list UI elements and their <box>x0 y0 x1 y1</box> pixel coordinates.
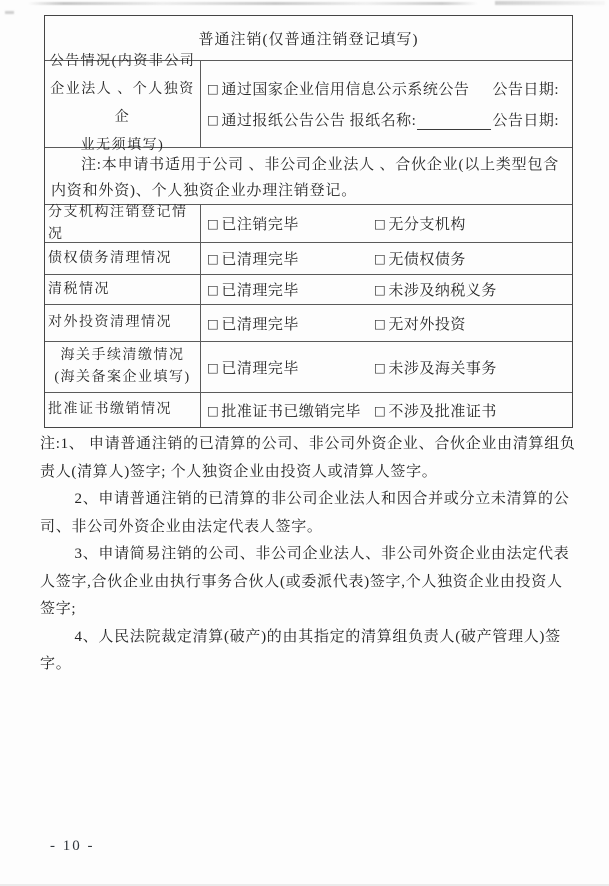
row-label: 海关手续清缴情况 (海关备案企业填写) <box>45 342 201 392</box>
note-paragraph-2: 2、申请普通注销的已清算的非公司企业法人和因合并或分立未清算的公司、非公司外资企… <box>40 486 577 541</box>
checkbox-icon: □ <box>374 403 386 418</box>
row-options-cell: □已清理完毕 □未涉及海关事务 <box>201 342 572 392</box>
option-2: □无分支机构 <box>374 213 572 234</box>
checkbox-icon: □ <box>374 282 386 297</box>
checkbox-icon: □ <box>207 112 219 127</box>
checkbox-icon: □ <box>374 360 386 375</box>
option-label: 已注销完毕 <box>221 217 299 233</box>
option-label: 无分支机构 <box>388 217 466 233</box>
checkbox-icon: □ <box>207 251 219 266</box>
option-2: □无债权债务 <box>374 248 572 269</box>
announcement-options-cell: □ 通过国家企业信用信息公示系统公告 公告日期: □ 通过报纸公告公告 报纸名称… <box>201 61 572 147</box>
page-number: - 10 - <box>50 838 95 855</box>
option-1: □已注销完毕 <box>207 213 374 234</box>
option-2: □未涉及纳税义务 <box>374 279 572 300</box>
option-2: □不涉及批准证书 <box>374 400 572 421</box>
announcement-date-label: 公告日期: <box>492 109 559 130</box>
option-2: □未涉及海关事务 <box>374 357 572 378</box>
row-label: 对外投资清理情况 <box>45 305 201 341</box>
announcement-row: 公告情况(内资非公司 企业法人 、个人独资企 业无须填写) □ 通过国家企业信用… <box>45 60 572 147</box>
checkbox-icon: □ <box>374 216 386 231</box>
checkbox-icon: □ <box>374 251 386 266</box>
option-label: 不涉及批准证书 <box>388 404 497 420</box>
table-note-row: 注:本申请书适用于公司 、非公司企业法人 、合伙企业(以上类型包含内资和外资)、… <box>45 147 572 204</box>
table-row-branch-deregistration: 分支机构注销登记情况 □已注销完毕 □无分支机构 <box>45 204 572 242</box>
checkbox-icon: □ <box>207 316 219 331</box>
table-row-debt-settlement: 债权债务清理情况 □已清理完毕 □无债权债务 <box>45 242 572 274</box>
document-page: 普通注销(仅普通注销登记填写) 公告情况(内资非公司 企业法人 、个人独资企 业… <box>0 0 609 886</box>
option-1: □批准证书已缴销完毕 <box>207 400 374 421</box>
announcement-option-system: □ 通过国家企业信用信息公示系统公告 公告日期: <box>207 78 559 99</box>
table-row-tax-clearance: 清税情况 □已清理完毕 □未涉及纳税义务 <box>45 274 572 304</box>
option-label: 已清理完毕 <box>221 317 299 333</box>
option-label: 无对外投资 <box>388 317 466 333</box>
option-label: 通过国家企业信用信息公示系统公告 <box>221 78 469 99</box>
row-options-cell: □已清理完毕 □未涉及纳税义务 <box>201 275 572 304</box>
scan-artifact <box>495 1 605 5</box>
checkbox-icon: □ <box>207 282 219 297</box>
row-options-cell: □已注销完毕 □无分支机构 <box>201 205 572 242</box>
row-options-cell: □已清理完毕 □无债权债务 <box>201 243 572 274</box>
table-note: 注:本申请书适用于公司 、非公司企业法人 、合伙企业(以上类型包含内资和外资)、… <box>51 152 566 204</box>
table-row-approval-certificate: 批准证书缴销情况 □批准证书已缴销完毕 □不涉及批准证书 <box>45 392 572 427</box>
option-2: □无对外投资 <box>374 313 572 334</box>
row-label: 债权债务清理情况 <box>45 243 201 274</box>
note-paragraph-4: 4、人民法院裁定清算(破产)的由其指定的清算组负责人(破产管理人)签字。 <box>40 624 577 679</box>
table-title: 普通注销(仅普通注销登记填写) <box>199 28 419 49</box>
table-row-customs-clearance: 海关手续清缴情况 (海关备案企业填写) □已清理完毕 □未涉及海关事务 <box>45 341 572 392</box>
note-paragraph-1: 注:1、 申请普通注销的已清算的公司、非公司外资企业、合伙企业由清算组负责人(清… <box>40 431 577 486</box>
scan-artifact <box>5 11 14 14</box>
notes-section: 注:1、 申请普通注销的已清算的公司、非公司外资企业、合伙企业由清算组负责人(清… <box>40 431 577 679</box>
option-label: 未涉及纳税义务 <box>388 283 497 299</box>
checkbox-icon: □ <box>207 81 219 96</box>
option-label: 无债权债务 <box>388 252 466 268</box>
option-label: 已清理完毕 <box>221 361 299 377</box>
row-label: 分支机构注销登记情况 <box>45 205 201 242</box>
checkbox-icon: □ <box>207 403 219 418</box>
scan-artifact <box>28 2 478 5</box>
option-1: □已清理完毕 <box>207 248 374 269</box>
row-options-cell: □已清理完毕 □无对外投资 <box>201 305 572 341</box>
row-label: 批准证书缴销情况 <box>45 393 201 427</box>
option-1: □已清理完毕 <box>207 313 374 334</box>
option-1: □已清理完毕 <box>207 357 374 378</box>
option-label: 通过报纸公告公告 报纸名称: <box>221 109 416 130</box>
option-1: □已清理完毕 <box>207 279 374 300</box>
note-paragraph-3: 3、申请简易注销的公司、非公司企业法人、非公司外资企业由法定代表人签字,合伙企业… <box>40 541 577 624</box>
option-label: 已清理完毕 <box>221 283 299 299</box>
checkbox-icon: □ <box>207 360 219 375</box>
option-label: 批准证书已缴销完毕 <box>221 404 361 420</box>
checkbox-icon: □ <box>374 316 386 331</box>
announcement-row-label: 公告情况(内资非公司 企业法人 、个人独资企 业无须填写) <box>45 61 201 147</box>
checkbox-icon: □ <box>207 216 219 231</box>
general-deregistration-table: 普通注销(仅普通注销登记填写) 公告情况(内资非公司 企业法人 、个人独资企 业… <box>44 15 573 428</box>
announcement-date-label: 公告日期: <box>492 78 559 99</box>
option-label: 未涉及海关事务 <box>388 361 497 377</box>
announcement-option-newspaper: □ 通过报纸公告公告 报纸名称: 公告日期: <box>207 109 559 130</box>
row-label: 清税情况 <box>45 275 201 304</box>
newspaper-name-blank-line <box>417 116 491 130</box>
option-label: 已清理完毕 <box>221 252 299 268</box>
table-row-outbound-investment: 对外投资清理情况 □已清理完毕 □无对外投资 <box>45 304 572 341</box>
row-options-cell: □批准证书已缴销完毕 □不涉及批准证书 <box>201 393 572 427</box>
